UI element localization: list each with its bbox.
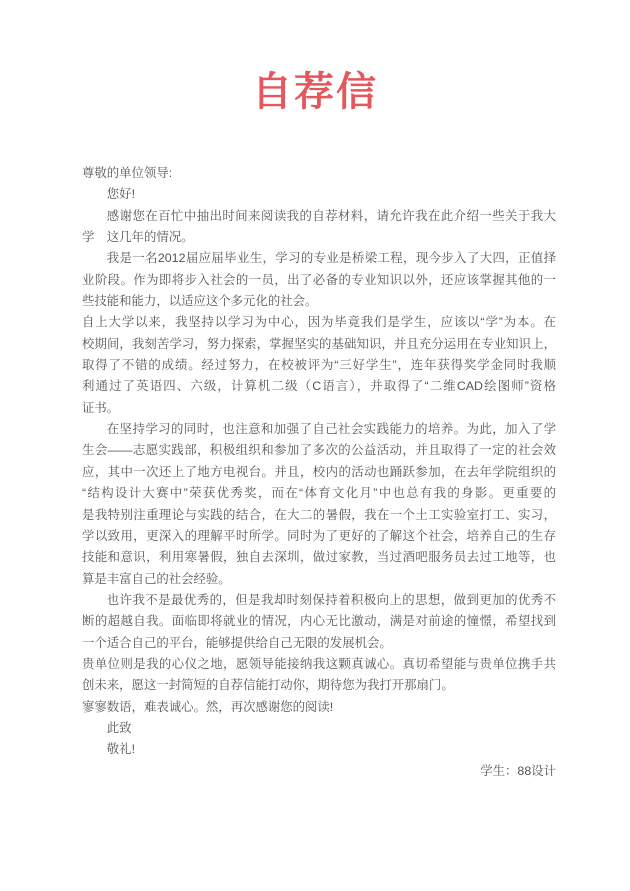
letter-line: “结构设计大赛中”荣获优秀奖，而在“体育文化月”中也总有我的身影。更重要的	[82, 483, 556, 504]
letter-line: 学 这几年的情况。	[82, 227, 556, 248]
letter-line: 算是丰富自己的社会经验。	[82, 569, 556, 590]
letter-line: 一个适合自己的平台，能够提供给自己无限的发展机会。	[82, 633, 556, 654]
letter-line: 断的超越自我。面临即将就业的情况，内心无比激动，满是对前途的憧憬，希望找到	[82, 611, 556, 632]
letter-line: 尊敬的单位领导:	[82, 163, 556, 184]
letter-line: 校期间，我刻苦学习，努力探索，掌握坚实的基础知识，并且充分运用在专业知识上，	[82, 334, 556, 355]
letter-line: 证书。	[82, 398, 556, 419]
letter-line: 应，其中一次还上了地方电视台。并且，校内的活动也踊跃参加，在去年学院组织的	[82, 462, 556, 483]
letter-line: 感谢您在百忙中抽出时间来阅读我的自荐材料，请允许我在此介绍一些关于我大	[82, 206, 556, 227]
letter-line: 生会——志愿实践部，积极组织和参加了多次的公益活动，并且取得了一定的社会效	[82, 440, 556, 461]
letter-line: 学以致用，更深入的理解平时所学。同时为了更好的了解这个社会，培养自己的生存	[82, 526, 556, 547]
letter-line: 业阶段。作为即将步入社会的一员，出了必备的专业知识以外，还应该掌握其他的一	[82, 270, 556, 291]
letter-line: 贵单位则是我的心仪之地，愿领导能接纳我这颗真诚心。真切希望能与贵单位携手共	[82, 654, 556, 675]
letter-line: 此致	[82, 718, 556, 739]
letter-line: 创未来，愿这一封简短的自荐信能打动你，期待您为我打开那扇门。	[82, 675, 556, 696]
document-page: 自荐信 尊敬的单位领导:您好!感谢您在百忙中抽出时间来阅读我的自荐材料，请允许我…	[0, 0, 630, 891]
letter-title: 自荐信	[0, 66, 630, 118]
signature: 学生：88设计	[82, 761, 556, 782]
letter-line: 也许我不是最优秀的，但是我却时刻保持着积极向上的思想，做到更加的优秀不	[82, 590, 556, 611]
letter-line: 敬礼!	[82, 739, 556, 760]
letter-line: 自上大学以来，我坚持以学习为中心，因为毕竟我们是学生，应该以“学”为本。在	[82, 312, 556, 333]
letter-line: 是我特别注重理论与实践的结合，在大二的暑假，我在一个土工实验室打工、实习，	[82, 505, 556, 526]
letter-line: 技能和意识，利用寒暑假，独自去深圳，做过家教，当过酒吧服务员去过工地等，也	[82, 547, 556, 568]
letter-line: 在坚持学习的同时，也注意和加强了自己社会实践能力的培养。为此，加入了学	[82, 419, 556, 440]
letter-line: 些技能和能力，以适应这个多元化的社会。	[82, 291, 556, 312]
letter-body: 尊敬的单位领导:您好!感谢您在百忙中抽出时间来阅读我的自荐材料，请允许我在此介绍…	[82, 163, 556, 782]
letter-line: 利通过了英语四、六级，计算机二级（C语言），并取得了“二维CAD绘图师”资格	[82, 376, 556, 397]
letter-line: 取得了不错的成绩。经过努力，在校被评为“三好学生”，连年获得奖学金同时我顺	[82, 355, 556, 376]
letter-line: 寥寥数语，难表诚心。然，再次感谢您的阅读!	[82, 697, 556, 718]
letter-line: 您好!	[82, 184, 556, 205]
letter-paragraphs: 尊敬的单位领导:您好!感谢您在百忙中抽出时间来阅读我的自荐材料，请允许我在此介绍…	[82, 163, 556, 761]
letter-line: 我是一名2012届应届毕业生，学习的专业是桥梁工程，现今步入了大四，正值择	[82, 248, 556, 269]
